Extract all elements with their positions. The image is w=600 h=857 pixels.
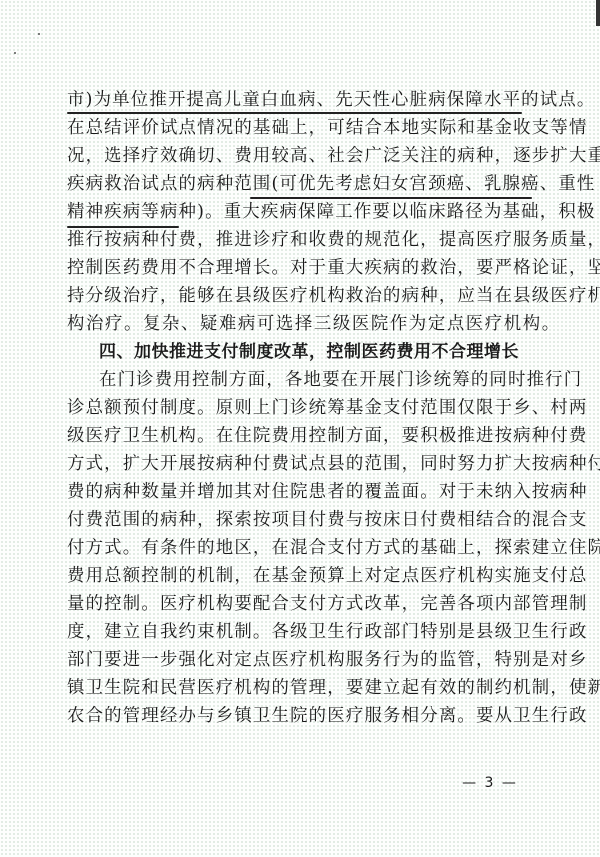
body-line: 构治疗。复杂、疑难病可选择三级医院作为定点医疗机构。 [67, 314, 533, 336]
scan-edge-mark [596, 0, 600, 26]
body-line: 级医疗卫生机构。在住院费用控制方面，要积极推进按病种付费 [67, 426, 533, 448]
body-line: 镇卫生院和民营医疗机构的管理，要建立起有效的制约机制，使新 [67, 678, 533, 700]
body-line: 农合的管理经办与乡镇卫生院的医疗服务相分离。要从卫生行政 [67, 706, 533, 728]
body-line: 控制医药费用不合理增长。对于重大疾病的救治，要严格论证，坚 [67, 258, 533, 280]
handwritten-underline [67, 112, 522, 114]
body-line: 在门诊费用控制方面，各地要在开展门诊统筹的同时推行门 [99, 370, 533, 392]
body-line: 疾病救治试点的病种范围(可优先考虑妇女宫颈癌、乳腺癌、重性 [67, 174, 533, 196]
body-line: 度，建立自我约束机制。各级卫生行政部门特别是县级卫生行政 [67, 622, 533, 644]
body-line: 付费范围的病种，探索按项目付费与按床日付费相结合的混合支 [67, 510, 533, 532]
handwritten-underline [250, 197, 532, 199]
section-heading: 四、加快推进支付制度改革，控制医药费用不合理增长 [99, 342, 533, 364]
body-line: 况，选择疗效确切、费用较高、社会广泛关注的病种，逐步扩大重大 [67, 146, 533, 168]
page-number: — 3 — [455, 775, 525, 791]
handwritten-underline [67, 226, 179, 228]
body-line: 诊总额预付制度。原则上门诊统筹基金支付范围仅限于乡、村两 [67, 398, 533, 420]
body-line: 费的病种数量并增加其对住院患者的覆盖面。对于未纳入按病种 [67, 482, 533, 504]
body-line: 付方式。有条件的地区，在混合支付方式的基础上，探索建立住院 [67, 538, 533, 560]
body-line: 持分级治疗，能够在县级医疗机构救治的病种，应当在县级医疗机 [67, 286, 533, 308]
scan-speck [14, 52, 16, 54]
body-line: 市)为单位推开提高儿童白血病、先天性心脏病保障水平的试点。 [67, 90, 533, 112]
body-line: 精神疾病等病种)。重大疾病保障工作要以临床路径为基础，积极 [67, 202, 533, 224]
body-line: 费用总额控制的机制，在基金预算上对定点医疗机构实施支付总 [67, 566, 533, 588]
document-page: 市)为单位推开提高儿童白血病、先天性心脏病保障水平的试点。 在总结评价试点情况的… [0, 0, 600, 857]
body-line: 推行按病种付费，推进诊疗和收费的规范化，提高医疗服务质量， [67, 230, 533, 252]
scan-speck [38, 33, 40, 35]
body-line: 方式，扩大开展按病种付费试点县的范围，同时努力扩大按病种付 [67, 454, 533, 476]
body-line: 部门要进一步强化对定点医疗机构服务行为的监管，特别是对乡 [67, 650, 533, 672]
body-line: 在总结评价试点情况的基础上，可结合本地实际和基金收支等情 [67, 118, 533, 140]
body-line: 量的控制。医疗机构要配合支付方式改革，完善各项内部管理制 [67, 594, 533, 616]
